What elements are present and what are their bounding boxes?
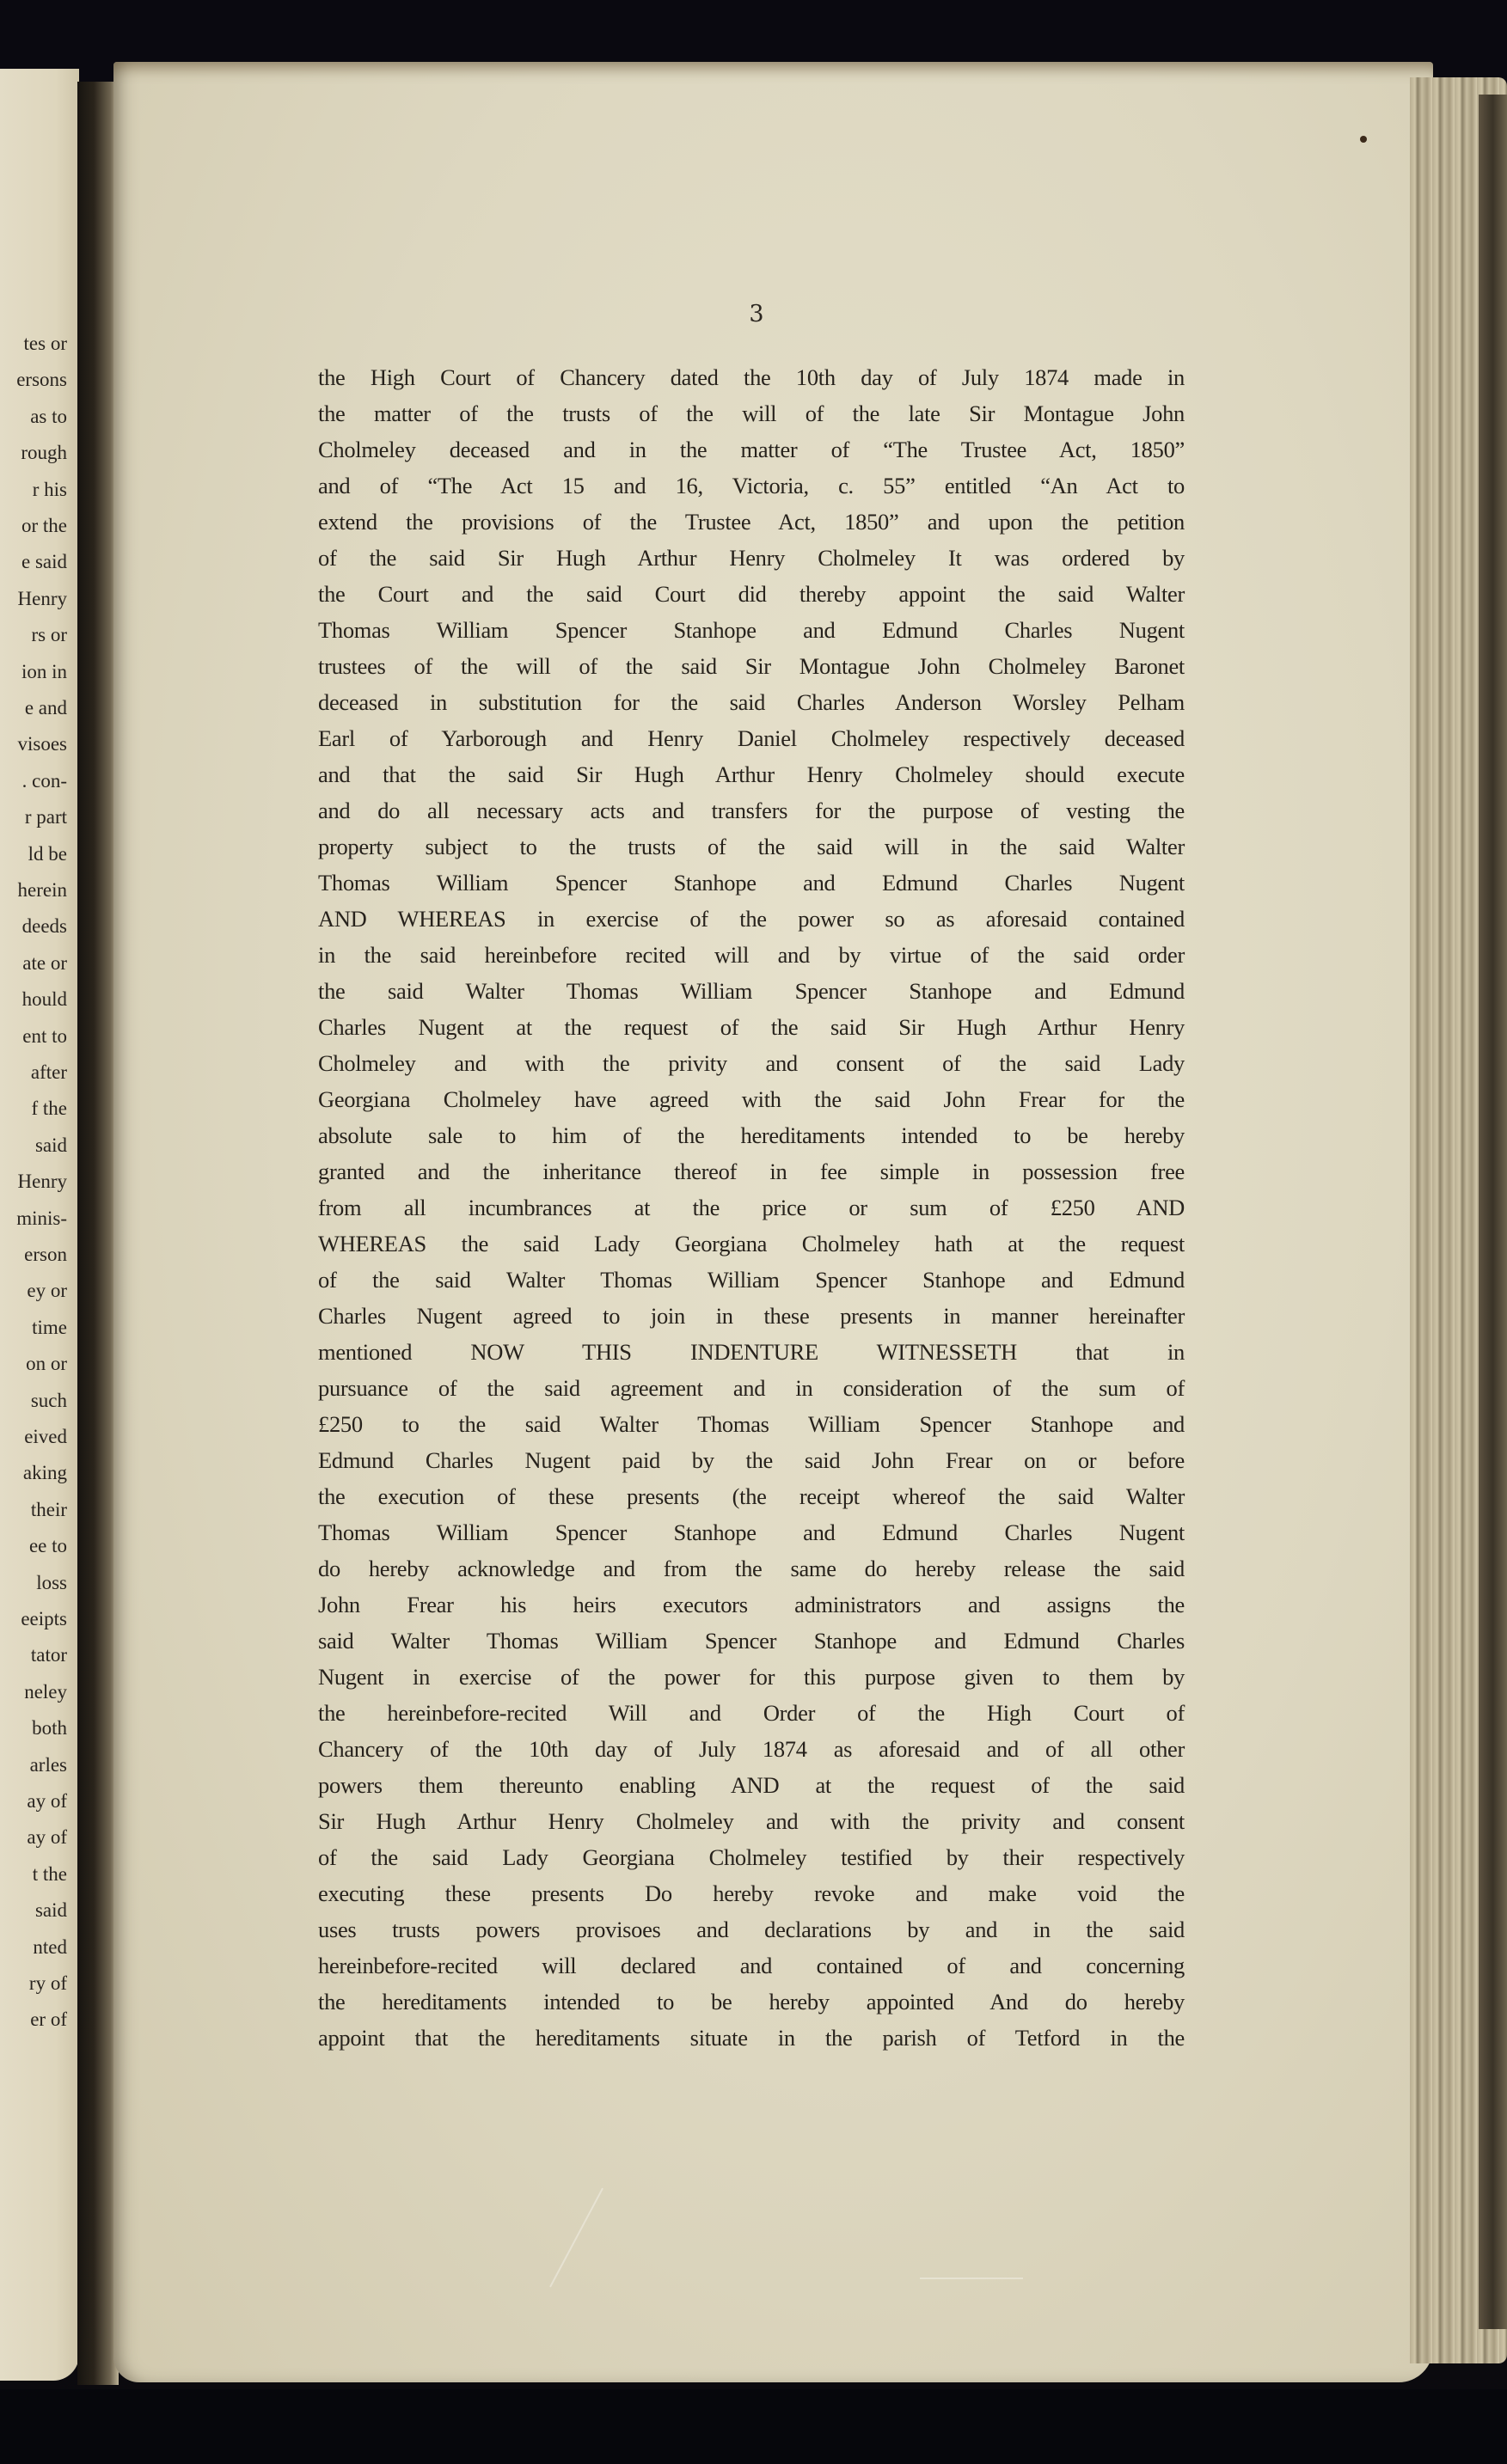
text-line: executing these presents Do hereby revok… [318, 1875, 1185, 1911]
text-line: mentioned NOW THIS INDENTURE WITNESSETH … [318, 1334, 1185, 1370]
text-line: Edmund Charles Nugent paid by the said J… [318, 1442, 1185, 1478]
text-line: said Walter Thomas William Spencer Stanh… [318, 1623, 1185, 1659]
ink-spot [1360, 136, 1367, 143]
text-line: and of “The Act 15 and 16, Victoria, c. … [318, 468, 1185, 504]
left-page-text-fragment: t the [33, 1863, 67, 1886]
left-page-text-fragment: eeipts [21, 1608, 67, 1630]
left-page-text-fragment: ersons [16, 369, 67, 391]
left-page-text-fragment: tes or [24, 333, 67, 355]
page-number: 3 [739, 301, 774, 327]
left-page-text-fragment: loss [36, 1572, 67, 1594]
text-line: granted and the inheritance thereof in f… [318, 1153, 1185, 1189]
left-page-text-fragment: . con- [22, 770, 67, 792]
left-page-text-fragment: hould [22, 988, 67, 1011]
text-line: and do all necessary acts and transfers … [318, 792, 1185, 828]
left-page-text-fragment: r his [33, 479, 67, 501]
body-text: the High Court of Chancery dated the 10t… [318, 359, 1185, 2056]
left-page-text-fragment: ay of [27, 1790, 67, 1813]
text-line: John Frear his heirs executors administr… [318, 1587, 1185, 1623]
left-page-text-fragment: aking [23, 1462, 67, 1484]
text-line: Charles Nugent at the request of the sai… [318, 1009, 1185, 1045]
left-page-text-fragment: e and [25, 697, 67, 719]
left-page-text-fragment: Henry [18, 1171, 67, 1193]
left-page-text-fragment: eived [24, 1426, 67, 1448]
left-page-fragment: tes orersonsas toroughr hisor thee saidH… [0, 69, 79, 2381]
text-line: Chancery of the 10th day of July 1874 as… [318, 1731, 1185, 1767]
text-line: in the said hereinbefore recited will an… [318, 937, 1185, 973]
text-line: deceased in substitution for the said Ch… [318, 684, 1185, 720]
left-page-text-fragment: arles [30, 1754, 67, 1776]
left-page-text-fragment: r part [25, 806, 67, 828]
text-line: extend the provisions of the Trustee Act… [318, 504, 1185, 540]
text-line: Thomas William Spencer Stanhope and Edmu… [318, 865, 1185, 901]
left-page-text-fragment: herein [18, 879, 67, 902]
text-line: trustees of the will of the said Sir Mon… [318, 648, 1185, 684]
text-line: Georgiana Cholmeley have agreed with the… [318, 1081, 1185, 1117]
text-line: the said Walter Thomas William Spencer S… [318, 973, 1185, 1009]
left-page-text-fragment: as to [30, 406, 67, 428]
left-page-text-fragment: ee to [29, 1535, 67, 1557]
left-page-text-fragment: on or [26, 1353, 67, 1375]
text-line: the hereinbefore-recited Will and Order … [318, 1695, 1185, 1731]
left-page-text-fragment: nted [33, 1936, 67, 1959]
left-page-text-fragment: both [32, 1717, 67, 1739]
text-line: of the said Lady Georgiana Cholmeley tes… [318, 1839, 1185, 1875]
left-page-text-fragment: said [35, 1899, 67, 1922]
left-page-text-fragment: after [31, 1061, 67, 1084]
left-page-text-fragment: e said [21, 551, 67, 573]
text-line: and that the said Sir Hugh Arthur Henry … [318, 756, 1185, 792]
text-line: Cholmeley and with the privity and conse… [318, 1045, 1185, 1081]
left-page-text-fragment: ey or [27, 1280, 67, 1302]
text-line: Earl of Yarborough and Henry Daniel Chol… [318, 720, 1185, 756]
left-page-text-fragment: rough [21, 442, 67, 464]
text-line: the execution of these presents (the rec… [318, 1478, 1185, 1514]
text-line: the hereditaments intended to be hereby … [318, 1984, 1185, 2020]
left-page-text-fragment: ate or [22, 952, 67, 975]
text-line: the High Court of Chancery dated the 10t… [318, 359, 1185, 395]
left-page-text-fragment: visoes [18, 733, 68, 755]
paper-scratch [920, 2278, 1023, 2279]
text-line: from all incumbrances at the price or su… [318, 1189, 1185, 1226]
dark-background-bottom [0, 2389, 1507, 2464]
text-line: AND WHEREAS in exercise of the power so … [318, 901, 1185, 937]
text-line: Nugent in exercise of the power for this… [318, 1659, 1185, 1695]
left-page-text-fragment: minis- [16, 1208, 67, 1230]
left-page-text-fragment: ent to [22, 1025, 67, 1048]
left-page-text-fragment: or the [21, 515, 67, 537]
text-line: uses trusts powers provisoes and declara… [318, 1911, 1185, 1947]
text-line: appoint that the hereditaments situate i… [318, 2020, 1185, 2056]
text-line: property subject to the trusts of the sa… [318, 828, 1185, 865]
text-line: the matter of the trusts of the will of … [318, 395, 1185, 431]
left-page-text-fragment: tator [31, 1644, 67, 1666]
text-line: £250 to the said Walter Thomas William S… [318, 1406, 1185, 1442]
left-page-text-fragment: deeds [22, 915, 67, 938]
left-page-text-fragment: neley [24, 1681, 67, 1703]
left-page-text-fragment: erson [24, 1244, 67, 1266]
text-line: Charles Nugent agreed to join in these p… [318, 1298, 1185, 1334]
text-line: Thomas William Spencer Stanhope and Edmu… [318, 1514, 1185, 1550]
left-page-text-fragment: f the [31, 1097, 67, 1120]
text-line: of the said Sir Hugh Arthur Henry Cholme… [318, 540, 1185, 576]
text-line: Sir Hugh Arthur Henry Cholmeley and with… [318, 1803, 1185, 1839]
left-page-text-fragment: er of [30, 2008, 67, 2031]
text-line: Thomas William Spencer Stanhope and Edmu… [318, 612, 1185, 648]
left-page-text-fragment: ry of [29, 1972, 67, 1995]
left-page-text-fragment: ld be [28, 843, 67, 865]
left-page-text-fragment: said [35, 1134, 67, 1157]
left-page-text-fragment: ay of [27, 1826, 67, 1849]
text-line: absolute sale to him of the hereditament… [318, 1117, 1185, 1153]
text-line: do hereby acknowledge and from the same … [318, 1550, 1185, 1587]
text-line: the Court and the said Court did thereby… [318, 576, 1185, 612]
left-page-text-fragment: Henry [18, 588, 67, 610]
text-line: pursuance of the said agreement and in c… [318, 1370, 1185, 1406]
book-edge-shadow [1479, 95, 1507, 2329]
text-line: hereinbefore-recited will declared and c… [318, 1947, 1185, 1984]
left-page-text-fragment: such [31, 1390, 67, 1412]
text-line: powers them thereunto enabling AND at th… [318, 1767, 1185, 1803]
text-line: of the said Walter Thomas William Spence… [318, 1262, 1185, 1298]
left-page-text-fragment: rs or [31, 624, 67, 646]
left-page-text-fragment: ion in [21, 661, 67, 683]
left-page-text-fragment: time [32, 1317, 67, 1339]
left-page-text-fragment: their [31, 1499, 67, 1521]
book-gutter [77, 82, 119, 2385]
text-line: Cholmeley deceased and in the matter of … [318, 431, 1185, 468]
text-line: WHEREAS the said Lady Georgiana Cholmele… [318, 1226, 1185, 1262]
